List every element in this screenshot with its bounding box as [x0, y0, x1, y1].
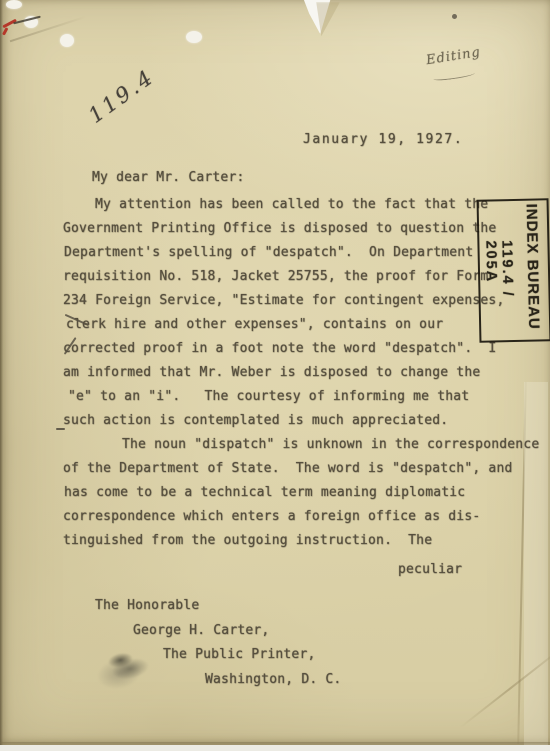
typed-line: requisition No. 518, Jacket 25755, the p… — [63, 269, 488, 284]
handwritten-editing-note: Editing — [425, 45, 482, 68]
typed-line: "e" to an "i". The courtesy of informing… — [68, 389, 469, 404]
typed-line: clerk hire and other expenses", contains… — [66, 317, 443, 332]
stamp-bureau-text: INDEX BUREAU — [523, 203, 543, 336]
typed-line: Department's spelling of "despatch". On … — [64, 245, 473, 260]
typed-line: Government Printing Office is disposed t… — [63, 221, 496, 236]
catchword: peculiar — [398, 562, 462, 577]
typed-line: tinguished from the outgoing instruction… — [63, 533, 432, 548]
typed-line: of the Department of State. The word is … — [63, 461, 513, 476]
address-line: Washington, D. C. — [205, 672, 341, 687]
address-line: The Public Printer, — [163, 647, 316, 662]
typed-line: My attention has been called to the fact… — [95, 197, 488, 212]
ink-smudge — [81, 633, 170, 700]
salutation: My dear Mr. Carter: — [92, 170, 245, 185]
document-scan: 119.4 Editing January 19, 1927. My dear … — [0, 0, 550, 751]
typed-line: am informed that Mr. Weber is disposed t… — [63, 365, 480, 380]
pencil-dash-mark — [56, 428, 65, 430]
paper-damage-spot — [186, 31, 202, 43]
paper-damage-spot — [60, 34, 74, 47]
typed-line: The noun "dispatch" is unknown in the co… — [122, 437, 539, 452]
index-bureau-stamp: INDEX BUREAU 119.4 / 205A — [477, 198, 550, 342]
typed-line: has come to be a technical term meaning … — [64, 485, 465, 500]
typed-line: corrected proof in a foot note the word … — [63, 341, 496, 356]
paper-edge-left — [0, 0, 3, 745]
date-line: January 19, 1927. — [303, 132, 463, 147]
address-line: The Honorable — [95, 598, 199, 613]
typed-line: 234 Foreign Service, "Estimate for conti… — [63, 293, 504, 308]
stamp-file-ref: 119.4 / 205A — [482, 204, 517, 338]
typed-line: correspondence which enters a foreign of… — [63, 509, 480, 524]
paper-damage-spot — [6, 0, 22, 9]
handwriting-flourish — [433, 70, 475, 81]
handwritten-file-number: 119.4 — [84, 64, 159, 128]
typed-line: such action is contemplated is much appr… — [63, 413, 448, 428]
letter-paper: 119.4 Editing January 19, 1927. My dear … — [0, 0, 550, 745]
paper-edge-bottom — [0, 742, 550, 745]
ink-speck — [452, 14, 457, 19]
